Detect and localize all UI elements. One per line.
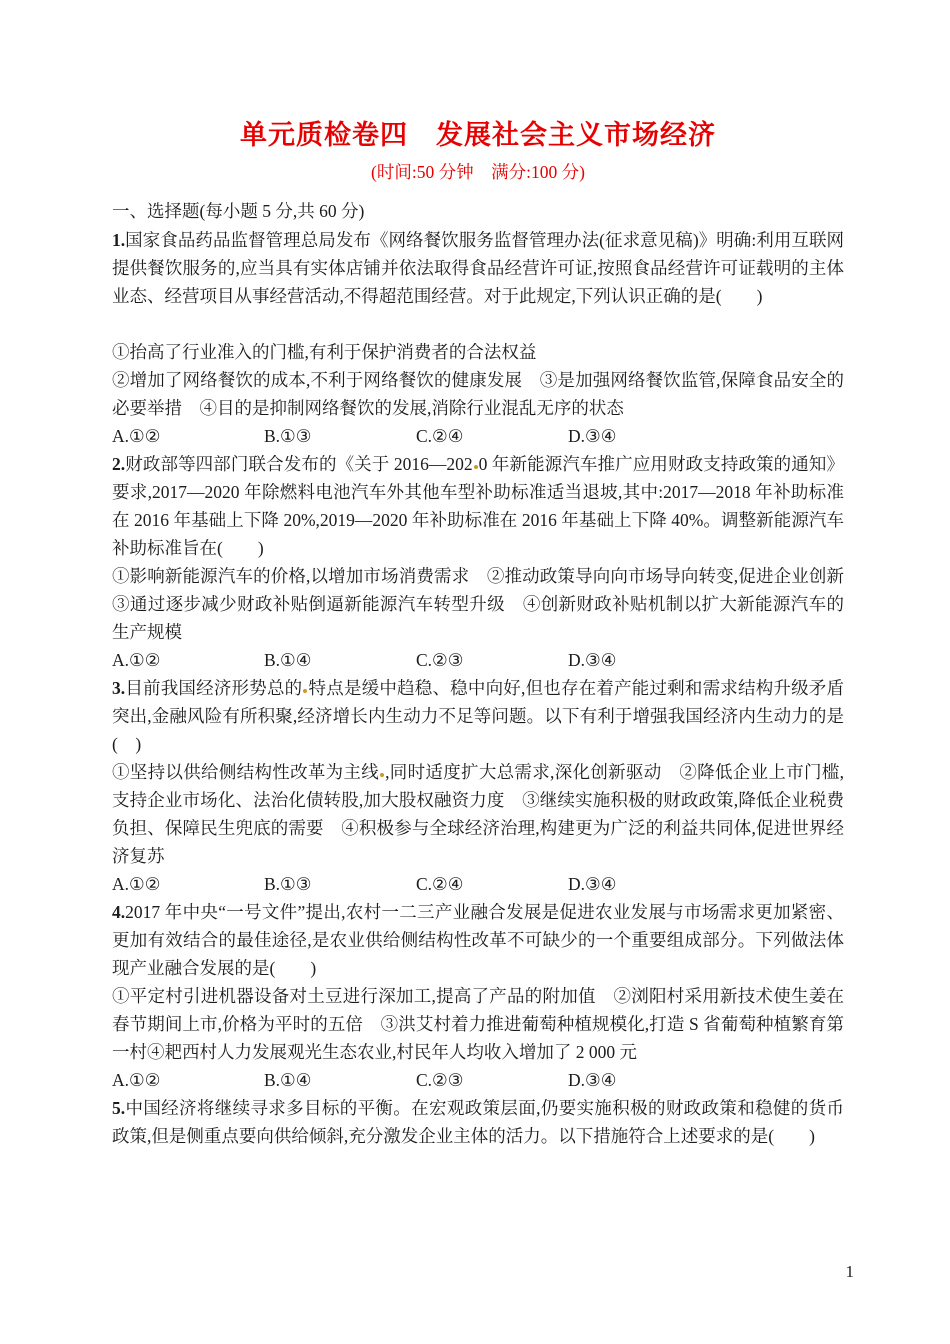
answer-choice: D.③④ xyxy=(568,870,720,898)
answer-choice: D.③④ xyxy=(568,646,720,674)
question-options-paragraph: ①影响新能源汽车的价格,以增加市场消费需求 ②推动政策导向向市场导向转变,促进企… xyxy=(112,562,844,646)
page-title: 单元质检卷四 发展社会主义市场经济 xyxy=(112,118,844,152)
blank-line xyxy=(112,310,844,338)
answer-choice: C.②③ xyxy=(416,1066,568,1094)
question-number: 5. xyxy=(112,1098,125,1118)
annotation-dot xyxy=(474,465,478,469)
answer-choices-row: A.①②B.①③C.②④D.③④ xyxy=(112,870,844,898)
answer-choice: B.①④ xyxy=(264,646,416,674)
question-stem: 1.国家食品药品监督管理总局发布《网络餐饮服务监督管理办法(征求意见稿)》明确:… xyxy=(112,226,844,310)
page-number: 1 xyxy=(846,1260,855,1284)
question-5: 5.中国经济将继续寻求多目标的平衡。在宏观政策层面,仍要实施积极的财政政策和稳健… xyxy=(112,1094,844,1150)
answer-choice: D.③④ xyxy=(568,422,720,450)
answer-choice: A.①② xyxy=(112,1066,264,1094)
question-options-paragraph: ②增加了网络餐饮的成本,不利于网络餐饮的健康发展 ③是加强网络餐饮监管,保障食品… xyxy=(112,366,844,422)
section-heading: 一、选择题(每小题 5 分,共 60 分) xyxy=(112,196,844,226)
question-stem: 2.财政部等四部门联合发布的《关于 2016—2020 年新能源汽车推广应用财政… xyxy=(112,450,844,562)
question-3: 3.目前我国经济形势总的特点是缓中趋稳、稳中向好,但也存在着产能过剩和需求结构升… xyxy=(112,674,844,898)
answer-choice: D.③④ xyxy=(568,1066,720,1094)
answer-choice: B.①③ xyxy=(264,422,416,450)
answer-choice: C.②④ xyxy=(416,422,568,450)
annotation-dot xyxy=(380,773,384,777)
answer-choices-row: A.①②B.①④C.②③D.③④ xyxy=(112,646,844,674)
answer-choice: B.①④ xyxy=(264,1066,416,1094)
question-4: 4.2017 年中央“一号文件”提出,农村一二三产业融合发展是促进农业发展与市场… xyxy=(112,898,844,1094)
question-stem: 3.目前我国经济形势总的特点是缓中趋稳、稳中向好,但也存在着产能过剩和需求结构升… xyxy=(112,674,844,758)
exam-paper-page: 单元质检卷四 发展社会主义市场经济 (时间:50 分钟 满分:100 分) 一、… xyxy=(0,0,950,1344)
question-options-paragraph: ①抬高了行业准入的门槛,有利于保护消费者的合法权益 xyxy=(112,338,844,366)
question-stem: 4.2017 年中央“一号文件”提出,农村一二三产业融合发展是促进农业发展与市场… xyxy=(112,898,844,982)
questions: 1.国家食品药品监督管理总局发布《网络餐饮服务监督管理办法(征求意见稿)》明确:… xyxy=(112,226,844,1150)
answer-choice: C.②③ xyxy=(416,646,568,674)
answer-choices-row: A.①②B.①③C.②④D.③④ xyxy=(112,422,844,450)
question-options-paragraph: ①坚持以供给侧结构性改革为主线,同时适度扩大总需求,深化创新驱动 ②降低企业上市… xyxy=(112,758,844,870)
answer-choice: C.②④ xyxy=(416,870,568,898)
question-options-paragraph: ①平定村引进机器设备对土豆进行深加工,提高了产品的附加值 ②浏阳村采用新技术使生… xyxy=(112,982,844,1066)
question-number: 2. xyxy=(112,454,125,474)
question-stem: 5.中国经济将继续寻求多目标的平衡。在宏观政策层面,仍要实施积极的财政政策和稳健… xyxy=(112,1094,844,1150)
question-1: 1.国家食品药品监督管理总局发布《网络餐饮服务监督管理办法(征求意见稿)》明确:… xyxy=(112,226,844,450)
exam-content: 单元质检卷四 发展社会主义市场经济 (时间:50 分钟 满分:100 分) 一、… xyxy=(112,118,844,1150)
answer-choice: A.①② xyxy=(112,646,264,674)
question-2: 2.财政部等四部门联合发布的《关于 2016—2020 年新能源汽车推广应用财政… xyxy=(112,450,844,674)
question-number: 1. xyxy=(112,230,125,250)
answer-choice: B.①③ xyxy=(264,870,416,898)
answer-choice: A.①② xyxy=(112,422,264,450)
question-number: 3. xyxy=(112,678,125,698)
annotation-dot xyxy=(303,689,307,693)
exam-time-score-subtitle: (时间:50 分钟 满分:100 分) xyxy=(112,158,844,186)
question-number: 4. xyxy=(112,902,125,922)
answer-choices-row: A.①②B.①④C.②③D.③④ xyxy=(112,1066,844,1094)
answer-choice: A.①② xyxy=(112,870,264,898)
